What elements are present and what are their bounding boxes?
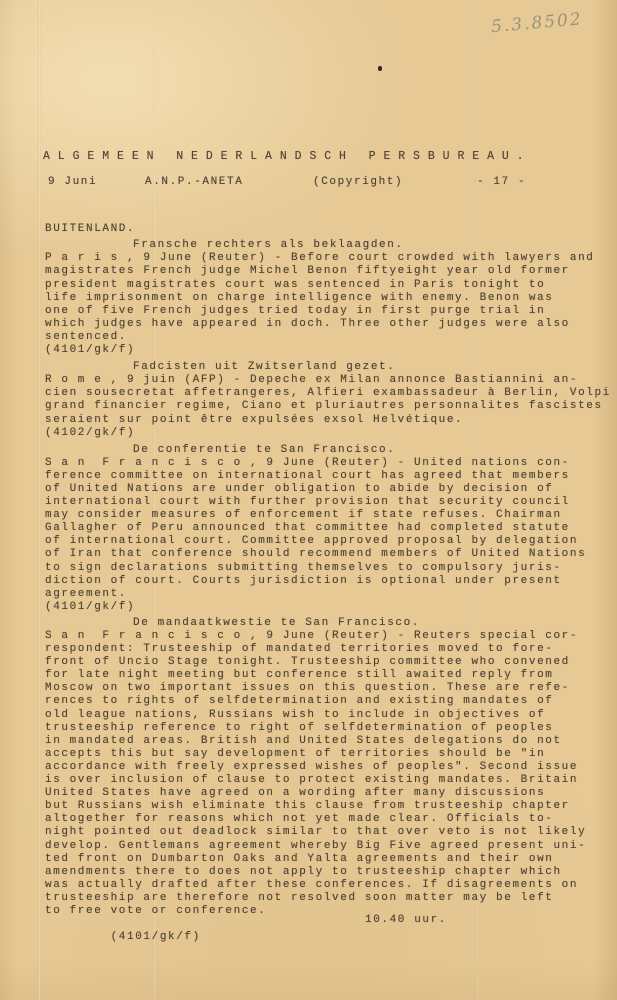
article-heading: Fransche rechters als beklaagden. [45,239,590,252]
article-body: R o m e , 9 juin (AFP) - Depeche ex Mila… [45,374,590,426]
article-san-francisco-conference: De conferentie te San Francisco. S a n F… [45,444,590,614]
fold-crease-left [38,0,41,1000]
agency-abbreviation: A.N.P.-ANETA [145,176,243,189]
article-body: P a r i s , 9 June (Reuter) - Before cou… [45,252,590,344]
issue-date: 9 Juni [48,176,97,189]
article-reference: (4101/gk/f) [111,931,201,943]
masthead: A L G E M E E N N E D E R L A N D S C H … [45,150,590,189]
article-body: S a n F r a n c i s c o , 9 June (Reuter… [45,457,590,601]
section-title: BUITENLAND. [45,223,590,236]
article-fascists-switzerland: Fadcisten uit Zwitserland gezet. R o m e… [45,361,590,440]
article-heading: De conferentie te San Francisco. [45,444,590,457]
document-page: 5.3.8502 A L G E M E E N N E D E R L A N… [0,0,617,1000]
masthead-meta-line: 9 Juni A.N.P.-ANETA (Copyright) - 17 - [45,176,590,189]
closing-time: 10.40 uur. [365,914,447,927]
typed-content: A L G E M E E N N E D E R L A N D S C H … [45,0,590,970]
article-french-judges: Fransche rechters als beklaagden. P a r … [45,239,590,357]
article-reference: (4102/gk/f) [45,427,590,440]
article-heading: De mandaatkwestie te San Francisco. [45,617,590,630]
copyright-notice: (Copyright) [313,176,403,189]
page-number: - 17 - [477,176,526,189]
article-mandate-question: De mandaatkwestie te San Francisco. S a … [45,617,590,971]
agency-name: A L G E M E E N N E D E R L A N D S C H … [43,150,590,163]
article-body: S a n F r a n c i s c o , 9 June (Reuter… [45,630,590,918]
article-reference: (4101/gk/f) [45,601,590,614]
article-reference: (4101/gk/f) [45,344,590,357]
article-heading: Fadcisten uit Zwitserland gezet. [45,361,590,374]
article-footer-row: (4101/gk/f) 10.40 uur. [45,918,590,970]
